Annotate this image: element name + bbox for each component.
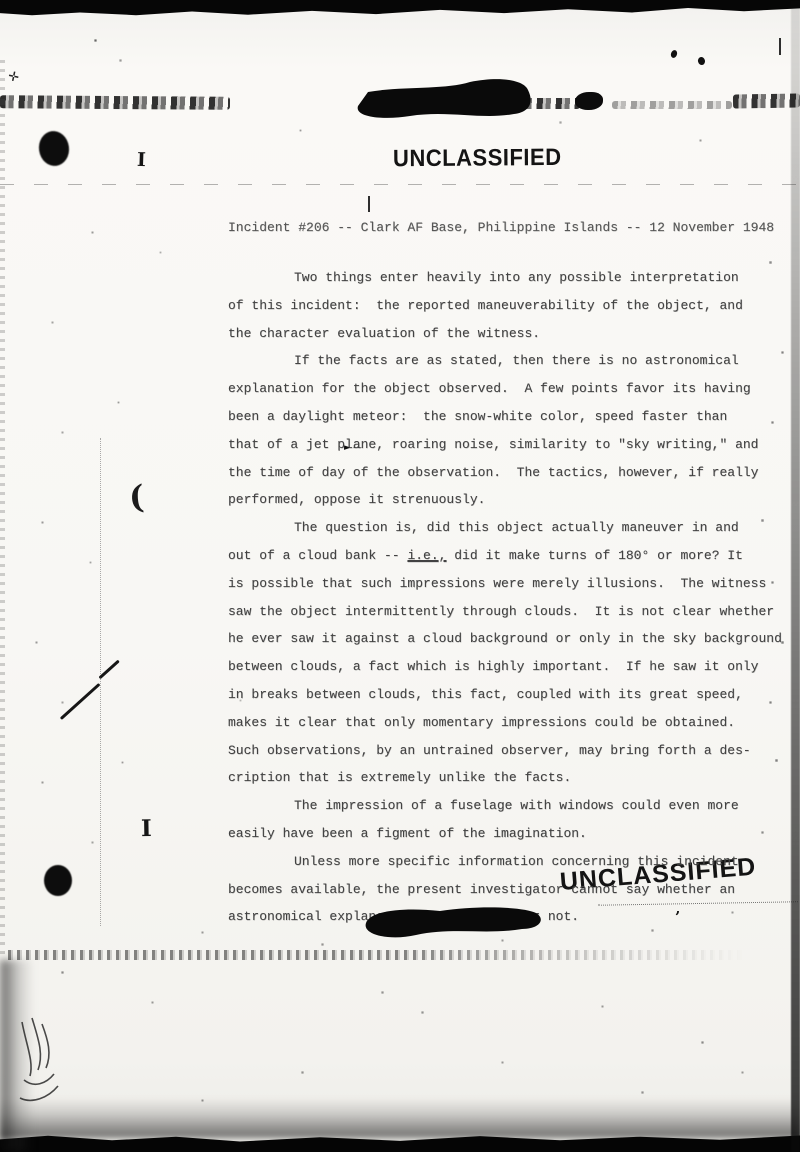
document-paragraphs: Two things enter heavily into any possib… [228, 264, 794, 931]
document-body: Incident #206 -- Clark AF Base, Philippi… [228, 214, 794, 931]
document-line: Unless more specific information concern… [228, 848, 794, 876]
document-line: is possible that such impressions were m… [228, 570, 794, 598]
document-heading: Incident #206 -- Clark AF Base, Philippi… [228, 214, 794, 242]
document-line: been a daylight meteor: the snow-white c… [228, 403, 794, 431]
tape-texture-band [612, 101, 732, 109]
document-line: between clouds, a fact which is highly i… [228, 653, 794, 681]
document-line: The question is, did this object actuall… [228, 514, 794, 542]
pen-stroke [60, 683, 100, 720]
document-line: of this incident: the reported maneuvera… [228, 292, 794, 320]
scan-edge-left [0, 60, 5, 960]
document-line: Such observations, by an untrained obser… [228, 737, 794, 765]
ink-blot [575, 92, 603, 110]
scan-edge-top [0, 0, 800, 16]
ink-mark-bottom: Ι [141, 815, 152, 842]
document-line: If the facts are as stated, then there i… [228, 347, 794, 375]
ink-dot [697, 56, 706, 66]
document-line: in breaks between clouds, this fact, cou… [228, 681, 794, 709]
document-line: that of a jet plane, roaring noise, simi… [228, 431, 794, 459]
document-line: easily have been a figment of the imagin… [228, 820, 794, 848]
noise-band [8, 950, 768, 960]
document-line: performed, oppose it strenuously. [228, 486, 794, 514]
document-line: cription that is extremely unlike the fa… [228, 764, 794, 792]
scan-speckles [0, 0, 1, 1]
document-line: saw the object intermittently through cl… [228, 598, 794, 626]
document-line: makes it clear that only momentary impre… [228, 709, 794, 737]
tick-mark [368, 196, 370, 212]
scanned-document-page: Ι Ι ( ’ ✛ ►— UNCLASSIFIED UNCLASSIFIED I… [0, 0, 800, 1152]
document-line: he ever saw it against a cloud backgroun… [228, 625, 794, 653]
pen-stroke [98, 660, 119, 679]
scan-smudge-bottom [0, 1098, 800, 1138]
document-line: explanation for the object observed. A f… [228, 375, 794, 403]
fold-line [100, 438, 101, 926]
ink-mark-top: Ι [137, 149, 147, 171]
unclassified-stamp-top: UNCLASSIFIED [393, 143, 562, 172]
paren-mark: ( [128, 478, 146, 517]
document-line: out of a cloud bank -- i.e., did it make… [228, 542, 794, 570]
document-line: The impression of a fuselage with window… [228, 792, 794, 820]
tape-texture-band [0, 95, 230, 110]
tape-texture-band [733, 93, 800, 108]
document-line: the character evaluation of the witness. [228, 320, 794, 348]
tick-mark [779, 38, 781, 55]
faint-divider [0, 184, 800, 185]
redaction-mark-bottom [356, 903, 548, 941]
hole-punch-top [37, 129, 72, 168]
document-line: becomes available, the present investiga… [228, 876, 794, 904]
scratch-marks [8, 1014, 88, 1124]
redaction-mark-top [352, 78, 537, 122]
document-line: the time of day of the observation. The … [228, 459, 794, 487]
plus-mark: ✛ [7, 69, 21, 86]
ink-dot [670, 49, 678, 59]
hole-punch-bottom [44, 865, 72, 896]
document-line: Two things enter heavily into any possib… [228, 264, 794, 292]
